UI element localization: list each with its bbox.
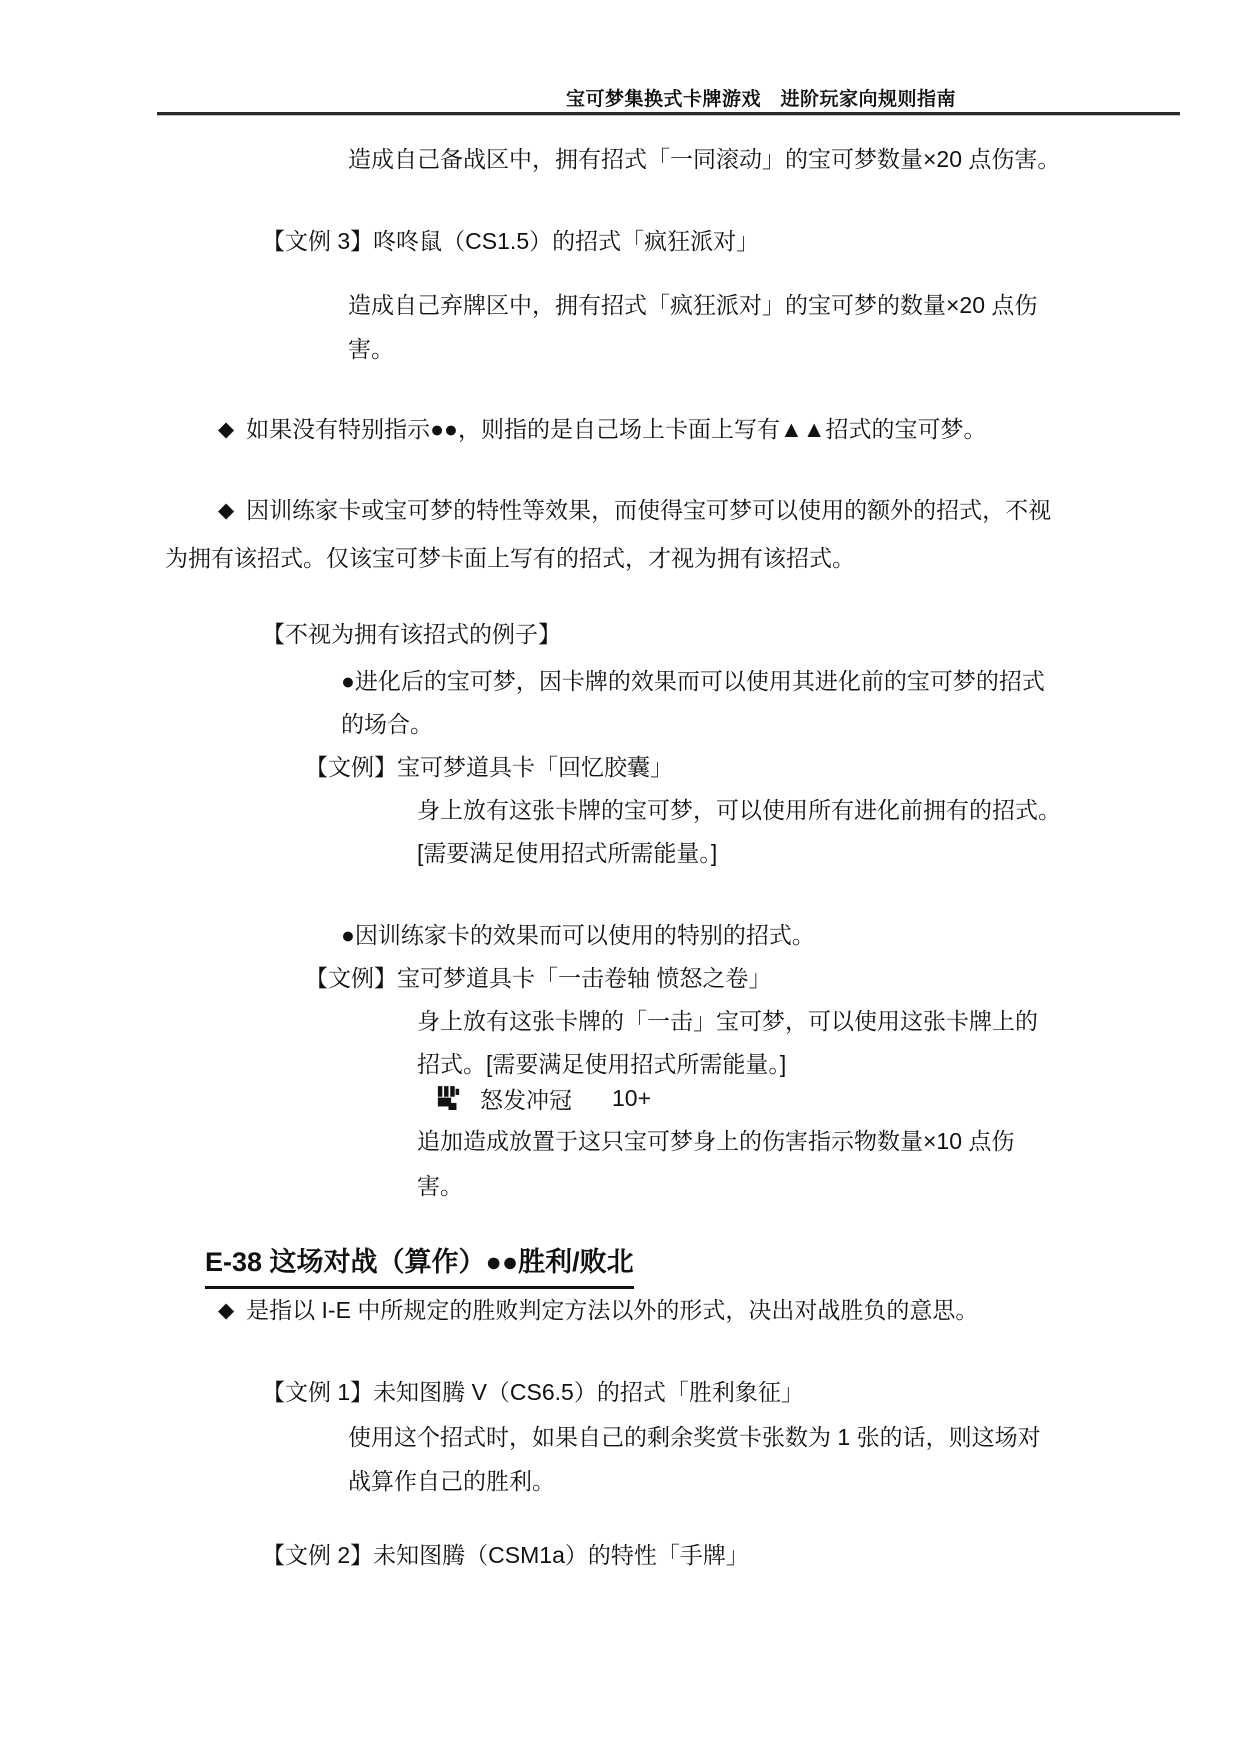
example-1-heading: 【文例 1】未知图腾 V（CS6.5）的招式「胜利象征」 xyxy=(262,1379,804,1407)
single-strike-fist-icon xyxy=(437,1086,460,1111)
attack-effect-text-line-2: 害。 xyxy=(417,1173,463,1201)
exception-case-2: ●因训练家卡的效果而可以使用的特别的招式。 xyxy=(341,922,815,950)
example-3-text-line-1: 造成自己弃牌区中，拥有招式「疯狂派对」的宝可梦的数量×20 点伤 xyxy=(348,292,1037,320)
example-3-text-line-2: 害。 xyxy=(348,336,394,364)
exception-case-1-line-2: 的场合。 xyxy=(341,711,433,739)
note-bullet-1: ◆如果没有特别指示●●，则指的是自己场上卡面上写有▲▲招式的宝可梦。 xyxy=(218,416,986,444)
document-page: 宝可梦集换式卡牌游戏 进阶玩家向规则指南 造成自己备战区中，拥有招式「一同滚动」… xyxy=(0,0,1241,1755)
attack-name: 怒发冲冠 xyxy=(480,1082,572,1115)
exception-case-2-example-text-line-1: 身上放有这张卡牌的「一击」宝可梦，可以使用这张卡牌上的 xyxy=(417,1008,1038,1036)
exception-case-2-example-heading: 【文例】宝可梦道具卡「一击卷轴 愤怒之卷」 xyxy=(305,965,771,993)
example-3-heading: 【文例 3】咚咚鼠（CS1.5）的招式「疯狂派对」 xyxy=(262,228,759,256)
section-note-bullet: ◆是指以 I-E 中所规定的胜败判定方法以外的形式，决出对战胜负的意思。 xyxy=(218,1297,978,1325)
note-bullet-2-text: 因训练家卡或宝可梦的特性等效果，而使得宝可梦可以使用的额外的招式，不视 xyxy=(246,497,1051,523)
attack-line: 怒发冲冠 10+ xyxy=(437,1082,651,1115)
exception-case-1-example-note: [需要满足使用招式所需能量。] xyxy=(417,840,717,868)
diamond-bullet-icon: ◆ xyxy=(218,1298,234,1323)
section-note-bullet-text: 是指以 I-E 中所规定的胜败判定方法以外的形式，决出对战胜负的意思。 xyxy=(246,1297,978,1323)
example-1-text-line-1: 使用这个招式时，如果自己的剩余奖赏卡张数为 1 张的话，则这场对 xyxy=(348,1424,1041,1452)
diamond-bullet-icon: ◆ xyxy=(218,417,234,442)
page-header-title: 宝可梦集换式卡牌游戏 进阶玩家向规则指南 xyxy=(566,84,956,111)
example-2-heading: 【文例 2】未知图腾（CSM1a）的特性「手牌」 xyxy=(262,1542,749,1570)
exception-case-2-example-text-line-2: 招式。[需要满足使用招式所需能量。] xyxy=(417,1051,786,1079)
exception-case-1-example-heading: 【文例】宝可梦道具卡「回忆胶囊」 xyxy=(305,754,673,782)
example-text-continuation: 造成自己备战区中，拥有招式「一同滚动」的宝可梦数量×20 点伤害。 xyxy=(348,146,1060,174)
diamond-bullet-icon: ◆ xyxy=(218,498,234,523)
exception-examples-header: 【不视为拥有该招式的例子】 xyxy=(262,621,561,649)
note-bullet-1-text: 如果没有特别指示●●，则指的是自己场上卡面上写有▲▲招式的宝可梦。 xyxy=(246,416,986,442)
exception-case-1-line-1: ●进化后的宝可梦，因卡牌的效果而可以使用其进化前的宝可梦的招式 xyxy=(341,668,1045,696)
header-rule xyxy=(157,112,1180,115)
exception-case-1-example-text: 身上放有这张卡牌的宝可梦，可以使用所有进化前拥有的招式。 xyxy=(417,797,1061,825)
note-bullet-2: ◆因训练家卡或宝可梦的特性等效果，而使得宝可梦可以使用的额外的招式，不视 xyxy=(218,497,1051,525)
note-bullet-2-continuation: 为拥有该招式。仅该宝可梦卡面上写有的招式，才视为拥有该招式。 xyxy=(165,545,855,573)
attack-effect-text-line-1: 追加造成放置于这只宝可梦身上的伤害指示物数量×10 点伤 xyxy=(417,1128,1014,1156)
example-1-text-line-2: 战算作自己的胜利。 xyxy=(348,1468,555,1496)
section-heading-e38: E-38 这场对战（算作）●●胜利/败北 xyxy=(205,1240,634,1289)
attack-damage: 10+ xyxy=(612,1085,651,1112)
